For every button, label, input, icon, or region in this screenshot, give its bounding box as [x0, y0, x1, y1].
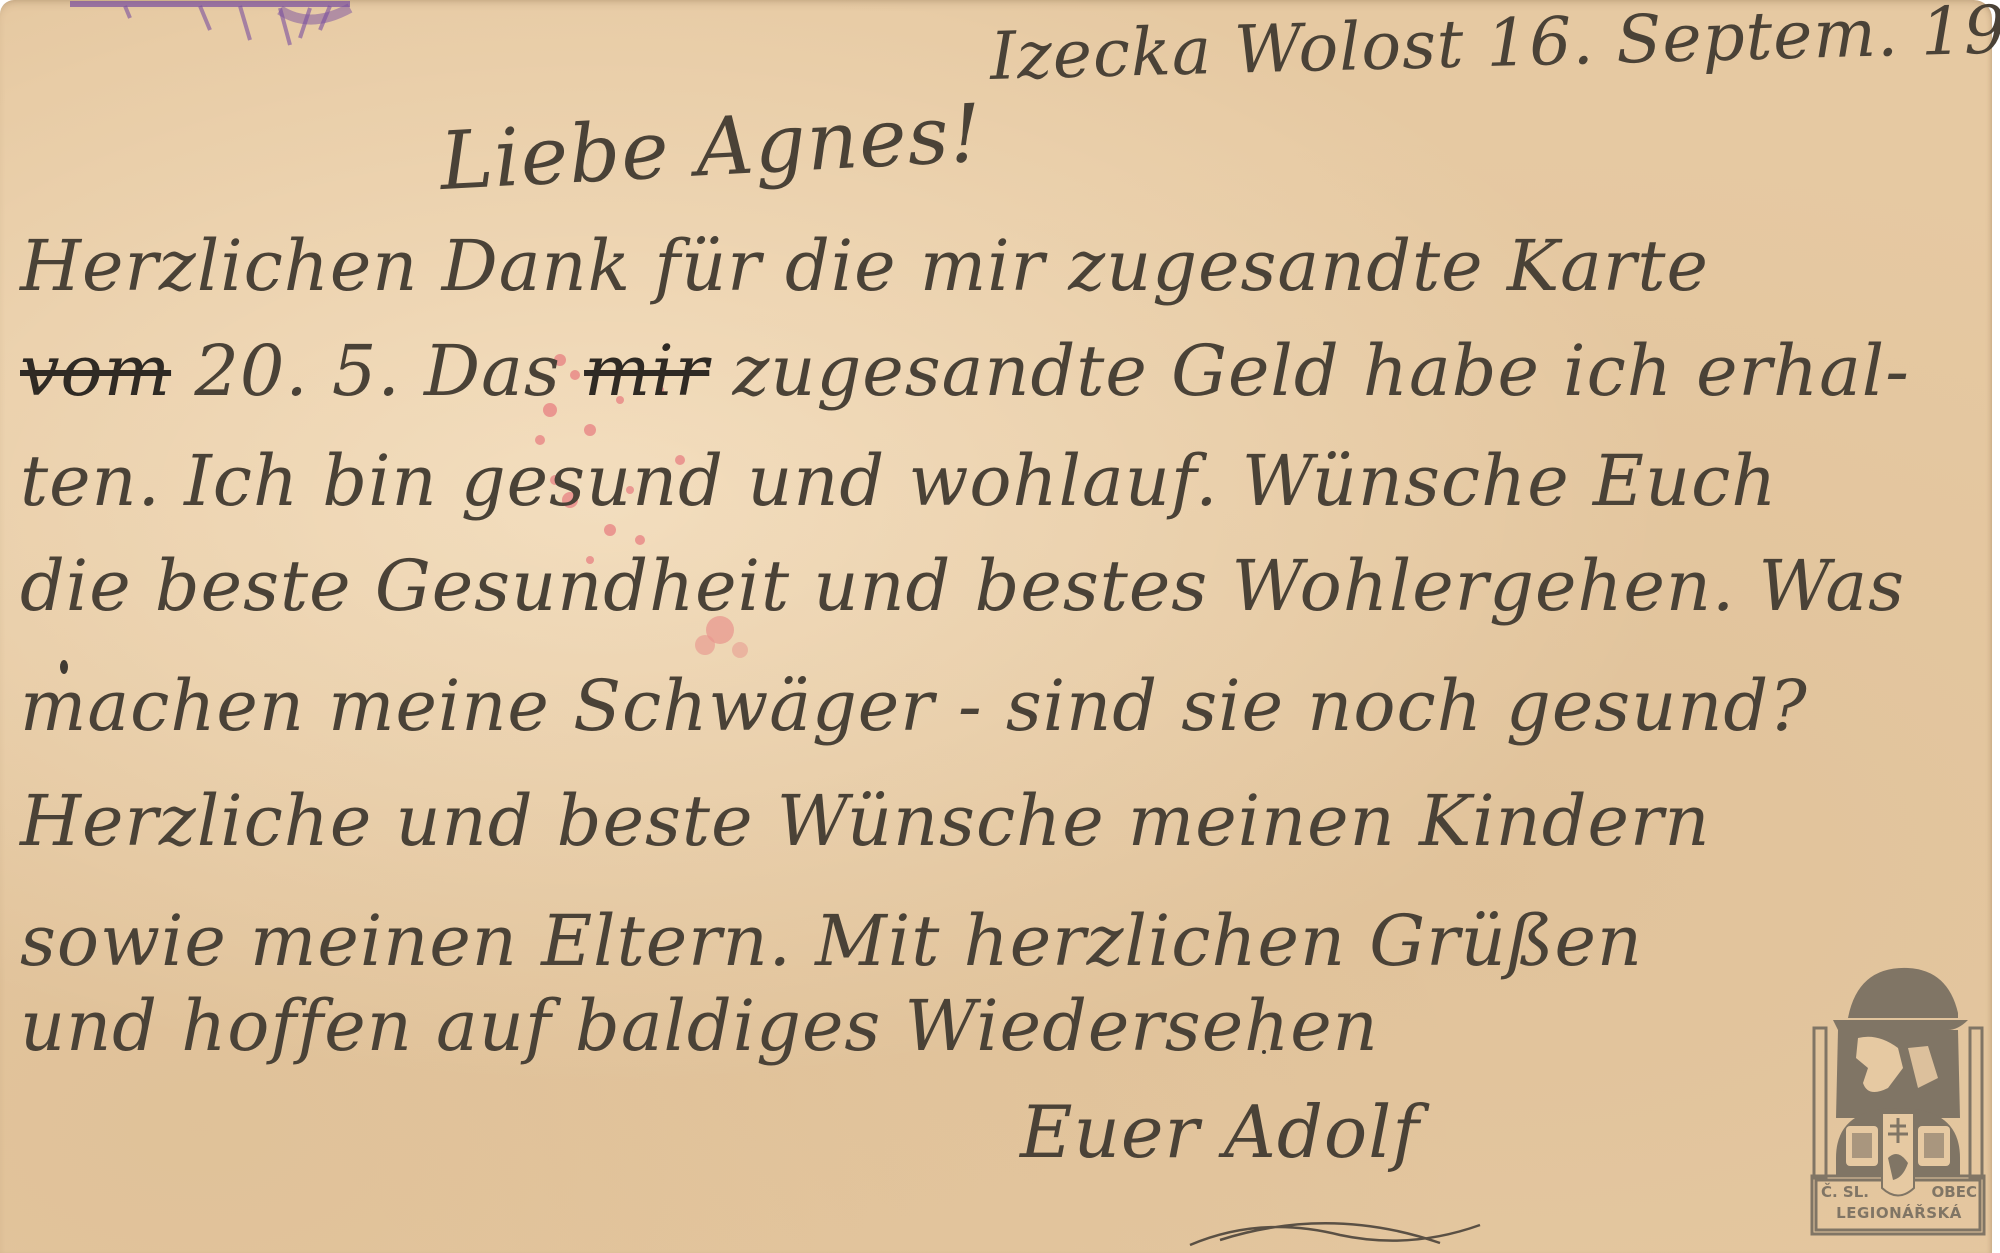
struck-word-vom: vom [20, 330, 171, 412]
body-line-2: vom 20. 5. Das mir zugesandte Geld habe … [20, 330, 1910, 412]
body-line-3: ten. Ich bin gesund und wohlauf. Wünsche… [20, 440, 1777, 522]
word-das: Das [424, 330, 561, 412]
signature: Euer Adolf [1020, 1090, 1420, 1174]
date-reference: 20. 5. [194, 330, 400, 412]
body-line-8: und hoffen auf baldiges Wiedersehen [20, 985, 1379, 1067]
postcard: Izecka Wolost 16. Septem. 1916. Liebe Ag… [0, 0, 1992, 1253]
logo-text-row-1: Č. SL. OBEC [1813, 1183, 1985, 1201]
dateline: Izecka Wolost 16. Septem. 1916. [989, 0, 2000, 95]
ink-speck [1262, 1050, 1266, 1054]
salutation: Liebe Agnes! [438, 87, 985, 208]
violet-censor-stamp [50, 0, 370, 48]
signature-flourish [1180, 1195, 1500, 1253]
body-line-6: Herzliche und beste Wünsche meinen Kinde… [20, 780, 1711, 862]
logo-text-csl: Č. SL. [1821, 1183, 1869, 1201]
struck-word-mir: mir [584, 330, 709, 412]
ink-speck [60, 660, 68, 674]
logo-text-obec: OBEC [1932, 1183, 1977, 1201]
body-line-4: die beste Gesundheit und bestes Wohlerge… [20, 545, 1905, 627]
body-line-5: machen meine Schwäger - sind sie noch ge… [20, 665, 1808, 747]
line-2-rest: zugesandte Geld habe ich erhal- [733, 330, 1910, 412]
body-line-1: Herzlichen Dank für die mir zugesandte K… [20, 225, 1709, 307]
body-line-7: sowie meinen Eltern. Mit herzlichen Grüß… [20, 900, 1643, 982]
logo-text-legionarska: LEGIONÁŘSKÁ [1813, 1204, 1985, 1222]
